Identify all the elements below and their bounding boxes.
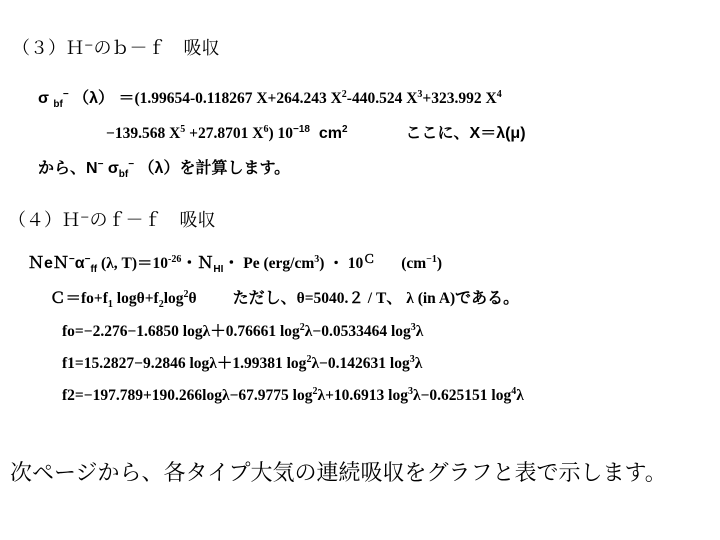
text-segment: （λ）を計算します。 xyxy=(134,160,290,177)
text-segment: （λ） ＝ xyxy=(69,90,135,107)
text-segment: λ−0.142631 log xyxy=(311,355,409,372)
text-segment: Ｃ＝ xyxy=(50,290,81,307)
text-segment: から、N xyxy=(38,160,98,177)
text-segment: Ｎ xyxy=(197,255,213,272)
text-segment: +323.992 X xyxy=(422,90,496,107)
text-segment: λ (in A) xyxy=(402,290,455,307)
text-segment: −139.568 X xyxy=(106,125,180,142)
text-segment: Pe (erg/cm xyxy=(239,255,314,272)
text-segment: θ=5040.２ / T xyxy=(297,290,387,307)
section4-heading: （４）Ｈ⁻のｆ－ｆ 吸収 xyxy=(8,210,216,232)
text-segment: λ xyxy=(516,387,524,404)
text-segment: fo=−2.276−1.6850 logλ＋0.76661 log xyxy=(62,323,300,340)
text-segment: λ xyxy=(415,355,423,372)
text-segment: σ xyxy=(38,90,53,107)
text-segment: λ+10.6913 log xyxy=(317,387,408,404)
text-segment: ただし、 xyxy=(233,290,297,307)
bf-cross-section-formula-line2: −139.568 X5 +27.8701 X6) 10−18 cm2ここに、X＝… xyxy=(106,123,526,144)
text-segment: α xyxy=(75,255,85,272)
text-segment: f1=15.2827−9.2846 logλ＋1.99381 log xyxy=(62,355,306,372)
text-segment: +27.8701 X xyxy=(185,125,263,142)
text-segment: −18 xyxy=(293,124,310,135)
bf-calculation-note: から、N− σbf− （λ）を計算します。 xyxy=(38,158,290,181)
text-segment: -440.524 X xyxy=(347,90,418,107)
text-segment: ここに、X＝λ(μ) xyxy=(406,125,526,142)
text-segment: ) xyxy=(437,255,442,272)
footer-note: 次ページから、各タイプ大気の連続吸収をグラフと表で示します。 xyxy=(10,460,667,486)
text-segment: ・ xyxy=(223,255,239,272)
text-segment: 2 xyxy=(342,124,348,135)
f1-coefficient-formula: f1=15.2827−9.2846 logλ＋1.99381 log2λ−0.1… xyxy=(62,353,422,374)
text-segment: λ−0.625151 log xyxy=(413,387,511,404)
text-segment: である。 xyxy=(455,290,519,307)
text-segment: Ｃ xyxy=(363,252,375,266)
text-segment: log xyxy=(164,290,184,307)
text-segment: bf xyxy=(119,169,128,180)
text-segment: ) ・ 10 xyxy=(319,255,363,272)
text-segment: bf xyxy=(53,99,62,110)
text-segment: λ−0.0533464 log xyxy=(305,323,411,340)
text-segment: -26 xyxy=(168,254,181,265)
ff-absorption-formula: ＮeＮ−α−ff (λ, T)＝10-26・ＮHI・ Pe (erg/cm3) … xyxy=(28,252,442,276)
text-segment: f2=−197.789+190.266logλ−67.9775 log xyxy=(62,387,312,404)
text-segment: logθ+f xyxy=(113,290,159,307)
slide-canvas: （３）Ｈ⁻のｂ－ｆ 吸収 σ bf− （λ） ＝(1.99654-0.11826… xyxy=(0,0,720,540)
bf-cross-section-formula-line1: σ bf− （λ） ＝(1.99654-0.118267 X+264.243 X… xyxy=(38,88,502,111)
f2-coefficient-formula: f2=−197.789+190.266logλ−67.9775 log2λ+10… xyxy=(62,385,524,406)
text-segment: ＮeＮ xyxy=(28,255,69,272)
text-segment: 4 xyxy=(497,89,502,100)
text-segment: (λ, T)＝ xyxy=(97,255,152,272)
c-exponent-formula: Ｃ＝fo+f1 logθ+f2log2θただし、θ=5040.２ / T、 λ … xyxy=(50,288,519,311)
text-segment: θ xyxy=(189,290,197,307)
text-segment: ) 10 xyxy=(268,125,293,142)
text-segment: λ xyxy=(416,323,424,340)
text-segment: −1 xyxy=(426,254,437,265)
text-segment: 10 xyxy=(153,255,169,272)
f0-coefficient-formula: fo=−2.276−1.6850 logλ＋0.76661 log2λ−0.05… xyxy=(62,321,423,342)
text-segment: HI xyxy=(213,264,223,275)
section3-heading: （３）Ｈ⁻のｂ－ｆ 吸収 xyxy=(12,38,220,60)
text-segment: (1.99654-0.118267 X+264.243 X xyxy=(134,90,341,107)
text-segment: (cm xyxy=(401,255,426,272)
text-segment: ・ xyxy=(181,255,197,272)
text-segment: cm xyxy=(310,125,342,142)
text-segment: 、 xyxy=(386,290,402,307)
text-segment: fo+f xyxy=(81,290,108,307)
text-segment: σ xyxy=(103,160,118,177)
